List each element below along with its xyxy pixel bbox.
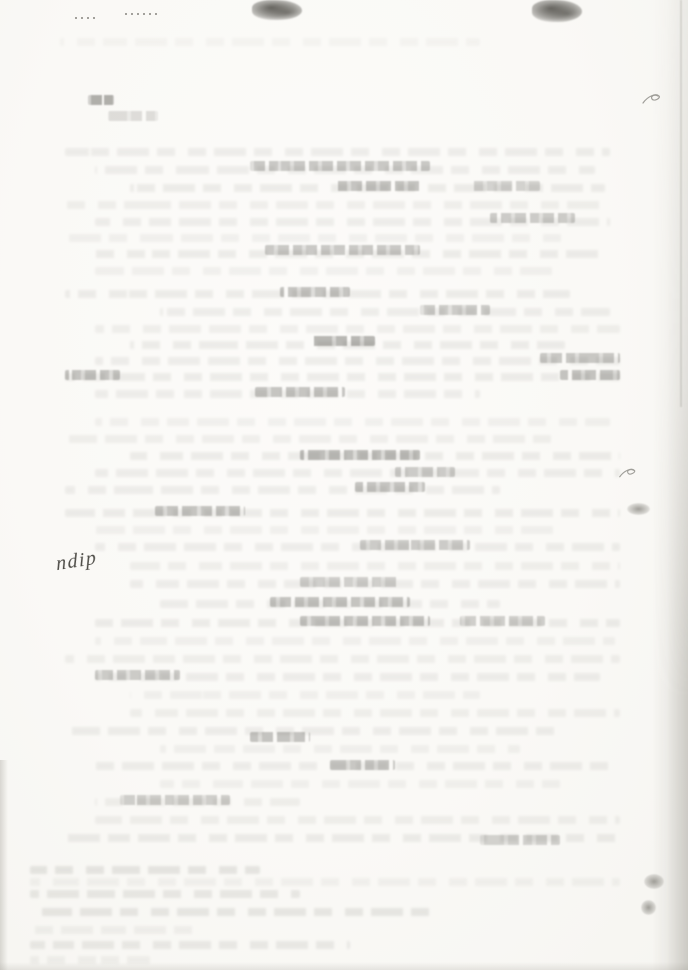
pencil-squiggle-mark [617,463,639,490]
bold-text-segment [480,835,560,845]
binding-smudge [532,0,582,22]
faint-text-line [95,816,620,824]
gray-smudge-mark [627,503,650,515]
faint-text-line [95,637,615,645]
bold-text-segment [155,506,245,516]
bold-text-segment [250,161,430,171]
bold-text-segment [280,287,350,297]
faint-text-line [65,727,560,735]
bold-text-segment [270,597,410,607]
binding-smudge [252,0,302,20]
bold-text-segment [65,370,120,380]
faint-text-line [95,267,560,275]
bold-text-segment [470,181,540,191]
faint-text-line [130,562,620,570]
bold-text-segment [310,336,375,346]
bold-text-segment [420,305,490,315]
faint-text-line [65,486,500,494]
faint-text-line [65,509,620,517]
faint-text-line [65,234,565,242]
scanned-document-page: ndip [0,0,688,970]
faint-text-line [30,908,430,916]
bold-text-segment [460,616,545,626]
micro-dot-mark [125,13,160,15]
faint-text-line [60,38,480,46]
scanner-edge-bottom [0,962,688,970]
bold-text-segment [300,616,430,626]
bold-text-segment [265,245,420,255]
faint-text-line [65,435,560,443]
scanner-edge-right [652,0,688,970]
faint-text-line [30,878,620,886]
faint-text-line [130,709,620,717]
bold-text-segment [335,181,420,191]
micro-dot-mark [75,17,95,19]
faint-text-line [95,543,620,551]
bold-text-segment [360,540,470,550]
bold-text-segment [300,577,400,587]
bold-text-segment [108,111,158,121]
faint-text-line [160,745,520,753]
bold-text-segment [330,760,395,770]
handwritten-annotation: ndip [55,547,98,577]
faint-text-line [95,469,620,477]
bold-text-segment [250,732,310,742]
bold-text-segment [490,213,575,223]
bold-text-segment [560,370,620,380]
bold-text-segment [88,95,114,105]
scanner-edge-left [0,760,8,970]
faint-text-line [30,866,260,874]
faint-text-line [65,201,605,209]
faint-text-line [95,418,610,426]
faint-text-line [160,308,610,316]
bold-text-segment [95,670,180,680]
faint-text-line [30,941,350,949]
bold-text-segment [120,795,230,805]
bold-text-segment [300,450,420,460]
bold-text-segment [540,353,620,363]
faint-text-line [95,526,560,534]
faint-text-line [65,373,620,381]
faint-text-line [95,325,620,333]
bold-text-segment [255,387,345,397]
faint-text-line [30,926,200,934]
faint-text-line [160,780,560,788]
bold-text-segment [355,482,425,492]
bold-text-segment [395,467,455,477]
faint-text-line [30,890,300,898]
faint-text-line [65,148,610,156]
faint-text-line [65,655,620,663]
faint-text-line [130,691,480,699]
